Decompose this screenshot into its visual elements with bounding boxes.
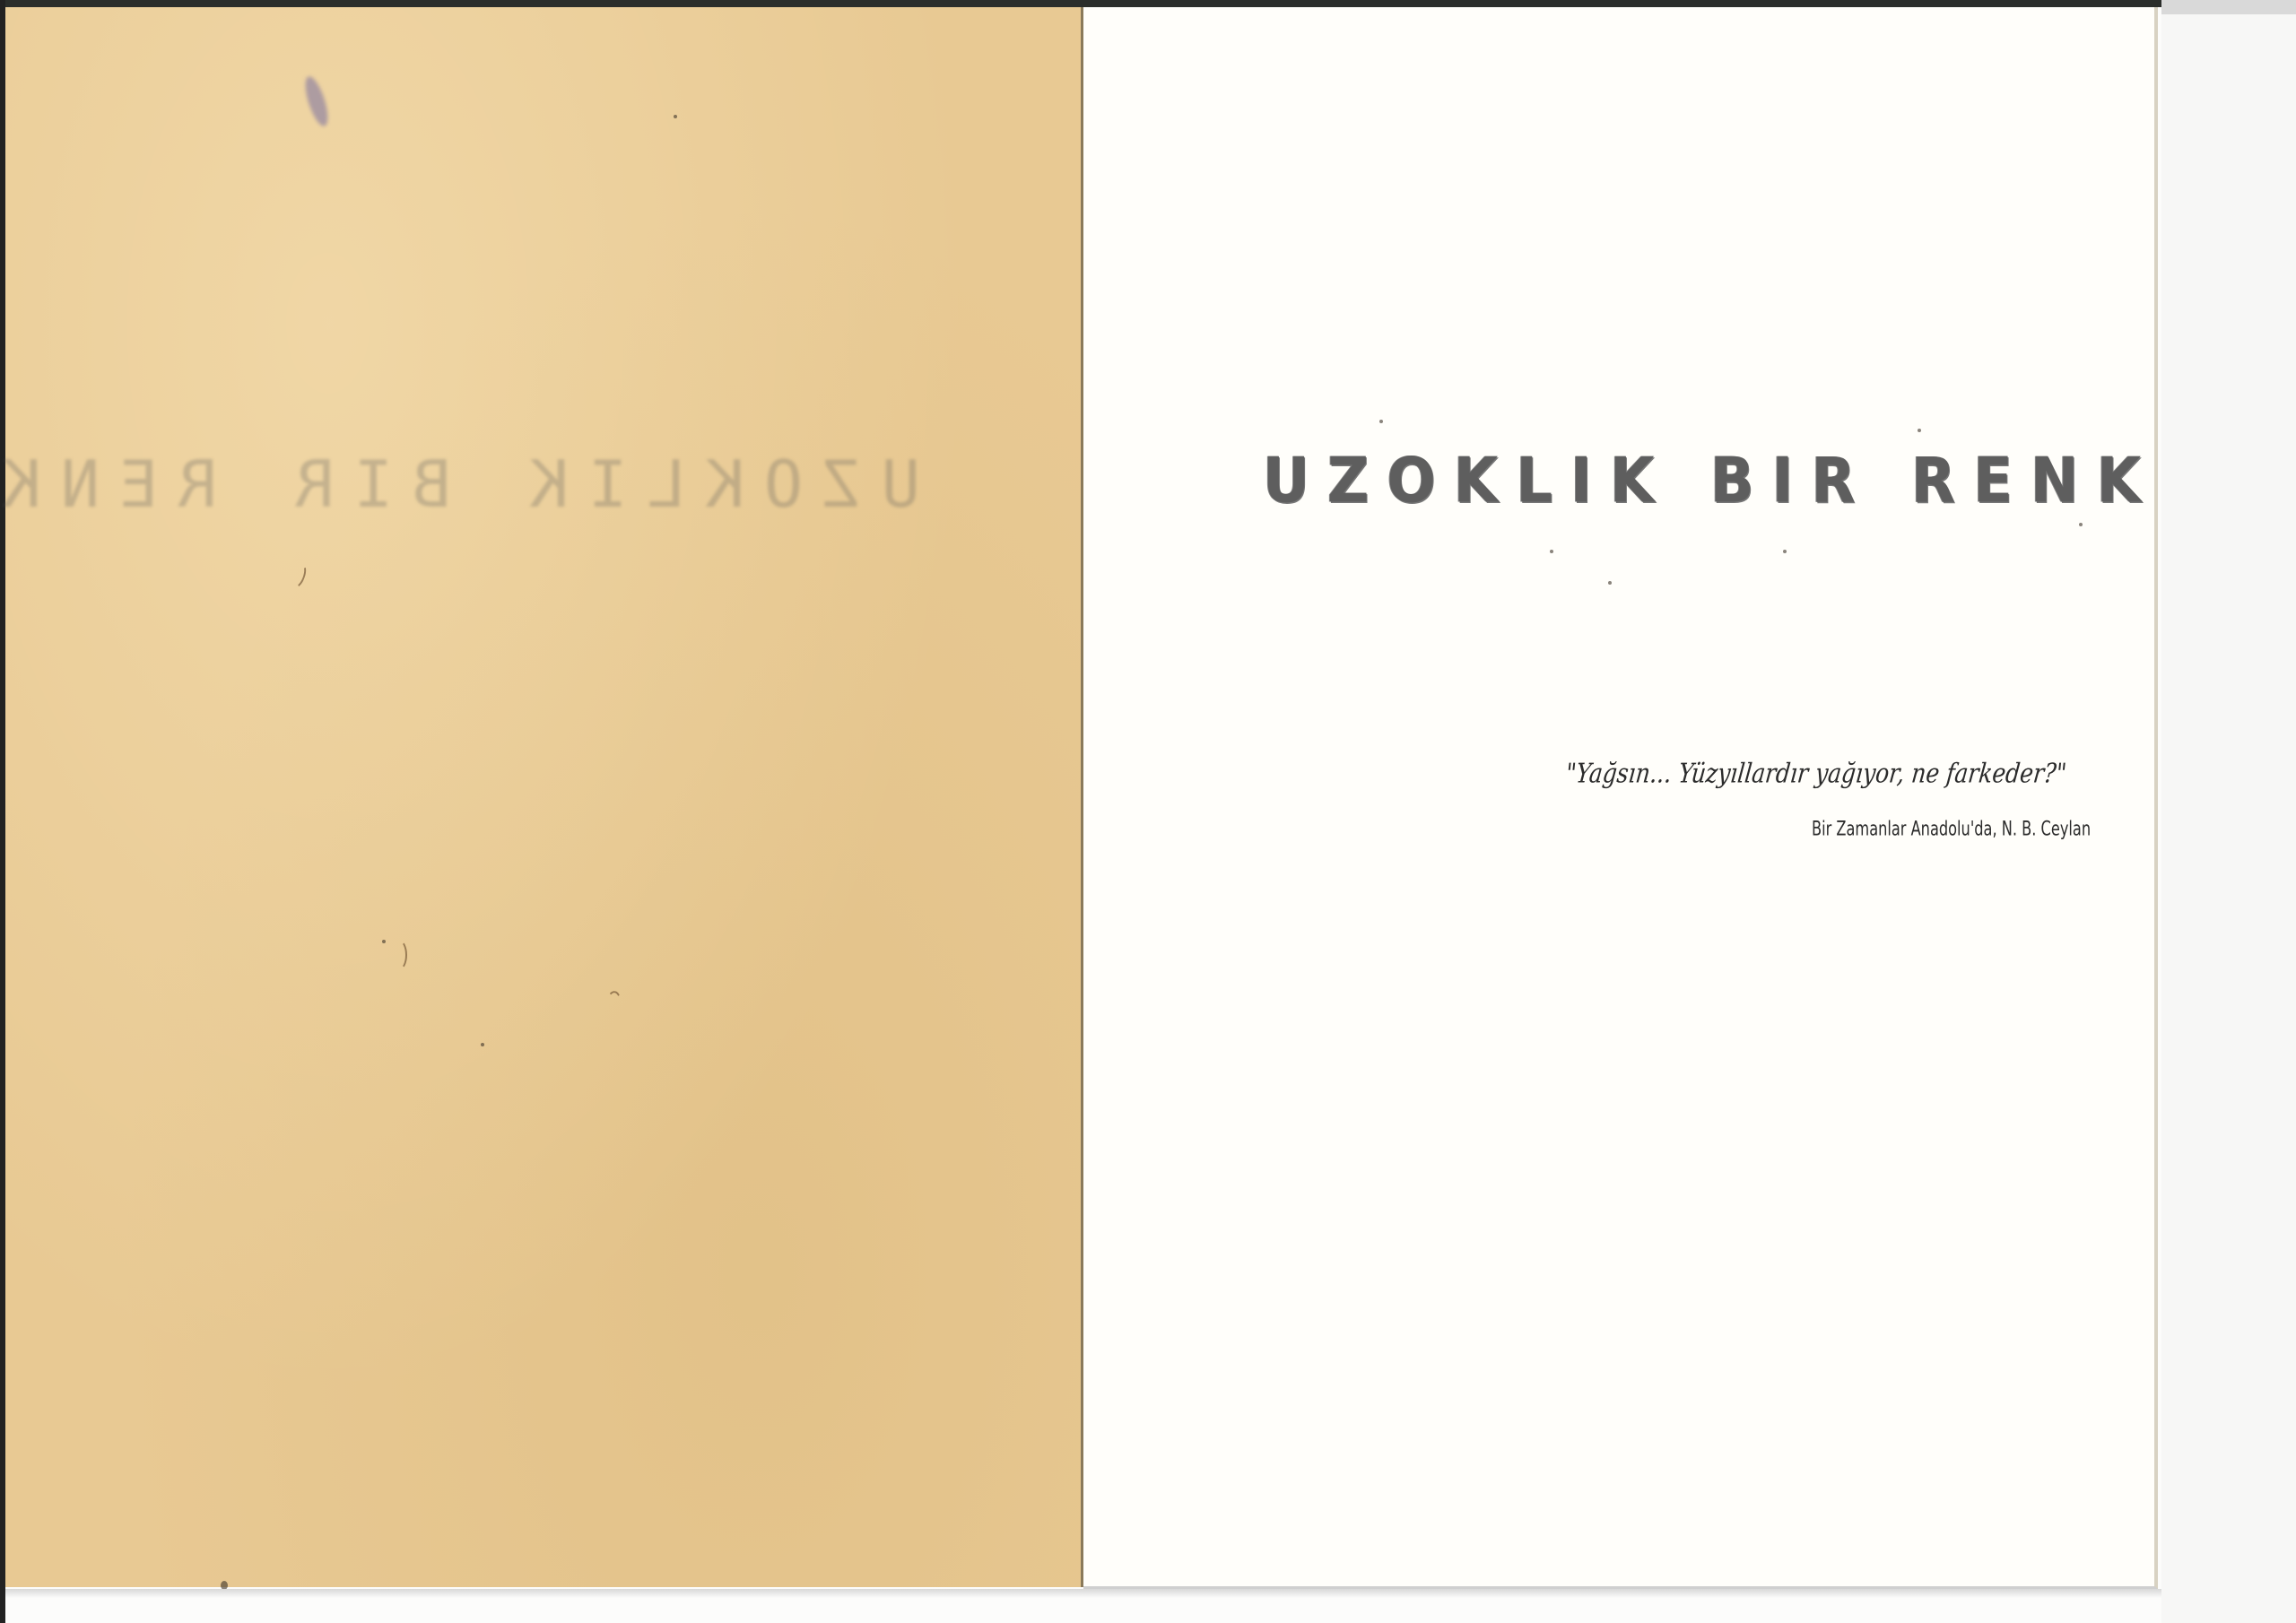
paper-fiber <box>391 940 407 970</box>
ink-speck <box>1550 550 1553 553</box>
epigraph-attribution: Bir Zamanlar Anadolu'da, N. B. Ceylan <box>1812 817 2091 840</box>
ink-speck <box>1918 429 1921 432</box>
ink-speck <box>2079 523 2083 526</box>
paper-speck <box>481 1043 484 1046</box>
bleed-through-title: UZOKLIK BIR RENK <box>104 447 920 522</box>
paper-speck <box>382 940 386 943</box>
epigraph-quote: "Yağsın... Yüzyıllardır yağıyor, ne fark… <box>1564 758 2068 789</box>
page-bottom-shadow <box>5 1589 2161 1598</box>
paper-fiber <box>289 561 309 589</box>
ink-smudge <box>300 74 332 129</box>
ink-speck <box>1379 420 1383 423</box>
ink-speck <box>1783 550 1787 553</box>
paper-fiber <box>602 990 623 1023</box>
ink-speck <box>1608 581 1612 585</box>
scanner-top-edge <box>0 0 2161 7</box>
scanned-spread: UZOKLIK BIR RENK UZOKLIK BIR RENK "Yağsı… <box>0 0 2296 1623</box>
scanner-right-margin-shadow <box>2161 0 2296 14</box>
left-page-kraft: UZOKLIK BIR RENK <box>5 7 1083 1587</box>
paper-speck <box>674 115 677 118</box>
right-page-title: UZOKLIK BIR RENK "Yağsın... Yüzyıllardır… <box>1083 7 2158 1589</box>
stamped-title: UZOKLIK BIR RENK <box>1263 446 2070 517</box>
scanner-right-margin <box>2161 0 2296 1623</box>
